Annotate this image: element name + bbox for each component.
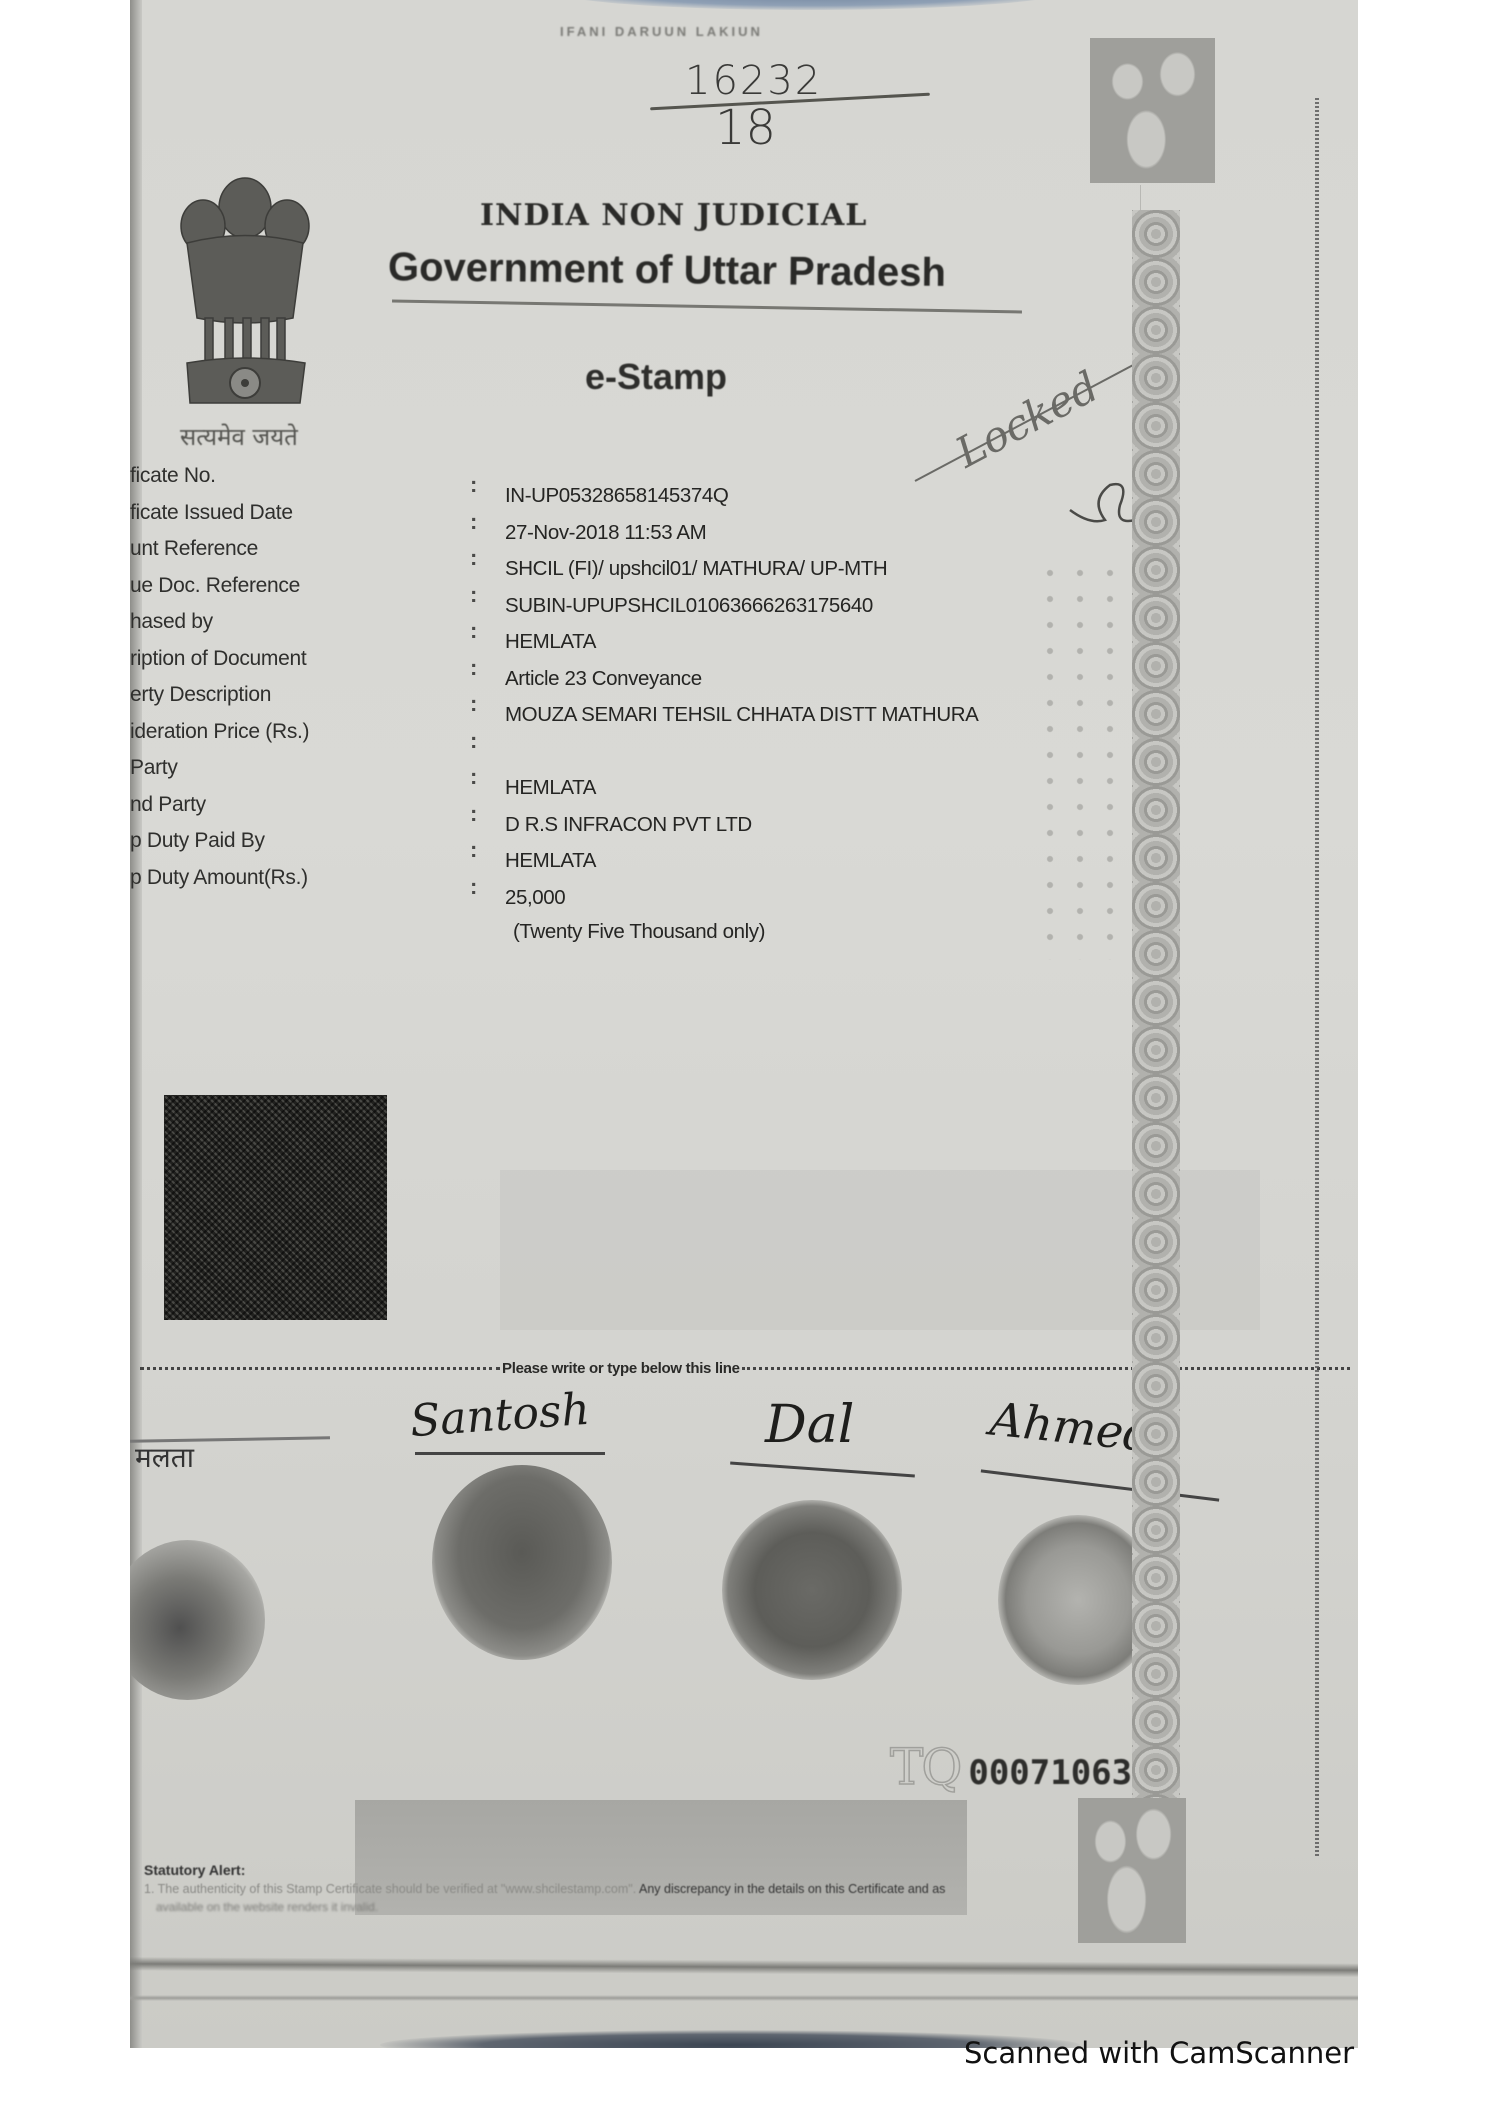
handwritten-number: 16232 — [685, 58, 822, 104]
header-india-non-judicial: INDIA NON JUDICIAL — [480, 198, 867, 233]
statutory-alert-line2: available on the website renders it inva… — [156, 1900, 378, 1914]
ornamental-corner-icon — [1090, 38, 1215, 183]
signature-underline — [730, 1462, 915, 1478]
alert-line1-clear: Any discrepancy in the details on this C… — [636, 1882, 945, 1896]
header-underline — [392, 300, 1022, 314]
signature-underline — [981, 1469, 1220, 1501]
colon: : — [470, 470, 477, 507]
value-stamp-duty-amount: 25,000 — [505, 880, 978, 914]
colon: : — [470, 799, 477, 836]
value-second-party: D R.S INFRACON PVT LTD — [505, 807, 978, 844]
colon: : — [470, 689, 477, 726]
colon: : — [470, 616, 477, 653]
value-description-of-document: Article 23 Conveyance — [505, 661, 978, 698]
write-below-text: Please write or type below this line — [500, 1360, 742, 1377]
ashoka-emblem-icon — [165, 168, 325, 408]
thumb-impression — [432, 1465, 612, 1660]
paper-fold — [130, 1957, 1358, 1977]
finger-blur — [550, 0, 1070, 10]
serial-prefix: TQ — [890, 1738, 960, 1796]
label-consideration-price: ideration Price (Rs.) — [130, 714, 460, 751]
value-stamp-duty-paid-by: HEMLATA — [505, 843, 978, 880]
colon: : — [470, 543, 477, 580]
field-colons: : : : : : : : : : : : : — [470, 470, 477, 908]
header-estamp: e-Stamp — [585, 356, 727, 398]
label-first-party: Party — [130, 750, 460, 787]
header-government: Government of Uttar Pradesh — [388, 245, 946, 296]
label-purchased-by: hased by — [130, 604, 460, 641]
value-unique-doc-reference: SUBIN-UPUPSHCIL01063666263175640 — [505, 588, 978, 625]
signature-third: Ahmed — [988, 1392, 1156, 1463]
statutory-alert-title: Statutory Alert: — [144, 1862, 245, 1878]
value-purchased-by: HEMLATA — [505, 624, 978, 661]
camscanner-watermark: Scanned with CamScanner — [964, 2036, 1354, 2070]
ornamental-corner-icon — [1078, 1798, 1186, 1943]
label-issued-date: ficate Issued Date — [130, 495, 460, 532]
thumb-impression — [722, 1500, 902, 1680]
ornamental-border — [1132, 210, 1180, 1850]
scanned-stamp-paper: IFANI DARUUN LAKIUN 16232 18 सत्यमेव जयत… — [130, 0, 1358, 2048]
emblem-motto: सत्यमेव जयते — [180, 420, 298, 453]
hologram-box — [355, 1800, 967, 1915]
signature-underline — [415, 1452, 605, 1455]
handwritten-underline — [915, 353, 1154, 482]
thumb-impression — [130, 1540, 265, 1700]
label-stamp-duty-paid-by: p Duty Paid By — [130, 823, 460, 860]
dotted-line-right — [742, 1367, 1350, 1370]
label-second-party: nd Party — [130, 787, 460, 824]
colon: : — [470, 872, 477, 909]
field-values: IN-UP05328658145374Q 27-Nov-2018 11:53 A… — [505, 478, 978, 950]
stamp-serial: TQ 0007106352 — [890, 1738, 1173, 1796]
label-unique-doc-reference: ue Doc. Reference — [130, 568, 460, 605]
handwritten-year: 18 — [715, 100, 776, 156]
handwritten-hindi-name: मलता — [135, 1438, 194, 1476]
statutory-alert-line1: 1. The authenticity of this Stamp Certif… — [144, 1882, 1164, 1896]
value-account-reference: SHCIL (FI)/ upshcil01/ MATHURA/ UP-MTH — [505, 551, 978, 588]
signature-santosh: Santosh — [408, 1384, 591, 1447]
label-account-reference: unt Reference — [130, 531, 460, 568]
value-consideration-price — [505, 734, 978, 771]
microprint-line — [1315, 98, 1319, 1858]
label-certificate-no: ficate No. — [130, 458, 460, 495]
label-property-description: erty Description — [130, 677, 460, 714]
colon: : — [470, 653, 477, 690]
paper-fold — [130, 1995, 1358, 2001]
value-issued-date: 27-Nov-2018 11:53 AM — [505, 515, 978, 552]
colon: : — [470, 762, 477, 799]
label-stamp-duty-amount: p Duty Amount(Rs.) — [130, 860, 460, 897]
alert-line1-faded: 1. The authenticity of this Stamp Certif… — [144, 1882, 636, 1896]
field-labels: ficate No. ficate Issued Date unt Refere… — [130, 458, 460, 896]
value-first-party: HEMLATA — [505, 770, 978, 807]
signature-second: Dal — [765, 1395, 854, 1455]
colon: : — [470, 580, 477, 617]
colon: : — [470, 726, 477, 763]
page-edge-shadow — [130, 0, 142, 2048]
faint-header-text: IFANI DARUUN LAKIUN — [560, 24, 763, 39]
colon: : — [470, 507, 477, 544]
colon: : — [470, 835, 477, 872]
value-certificate-no: IN-UP05328658145374Q — [505, 478, 978, 515]
dotted-line-left — [140, 1367, 500, 1370]
label-description-of-document: ription of Document — [130, 641, 460, 678]
value-property-description: MOUZA SEMARI TEHSIL CHHATA DISTT MATHURA — [505, 697, 978, 734]
qr-code — [164, 1095, 387, 1320]
value-stamp-duty-amount-words: (Twenty Five Thousand only) — [505, 914, 978, 951]
